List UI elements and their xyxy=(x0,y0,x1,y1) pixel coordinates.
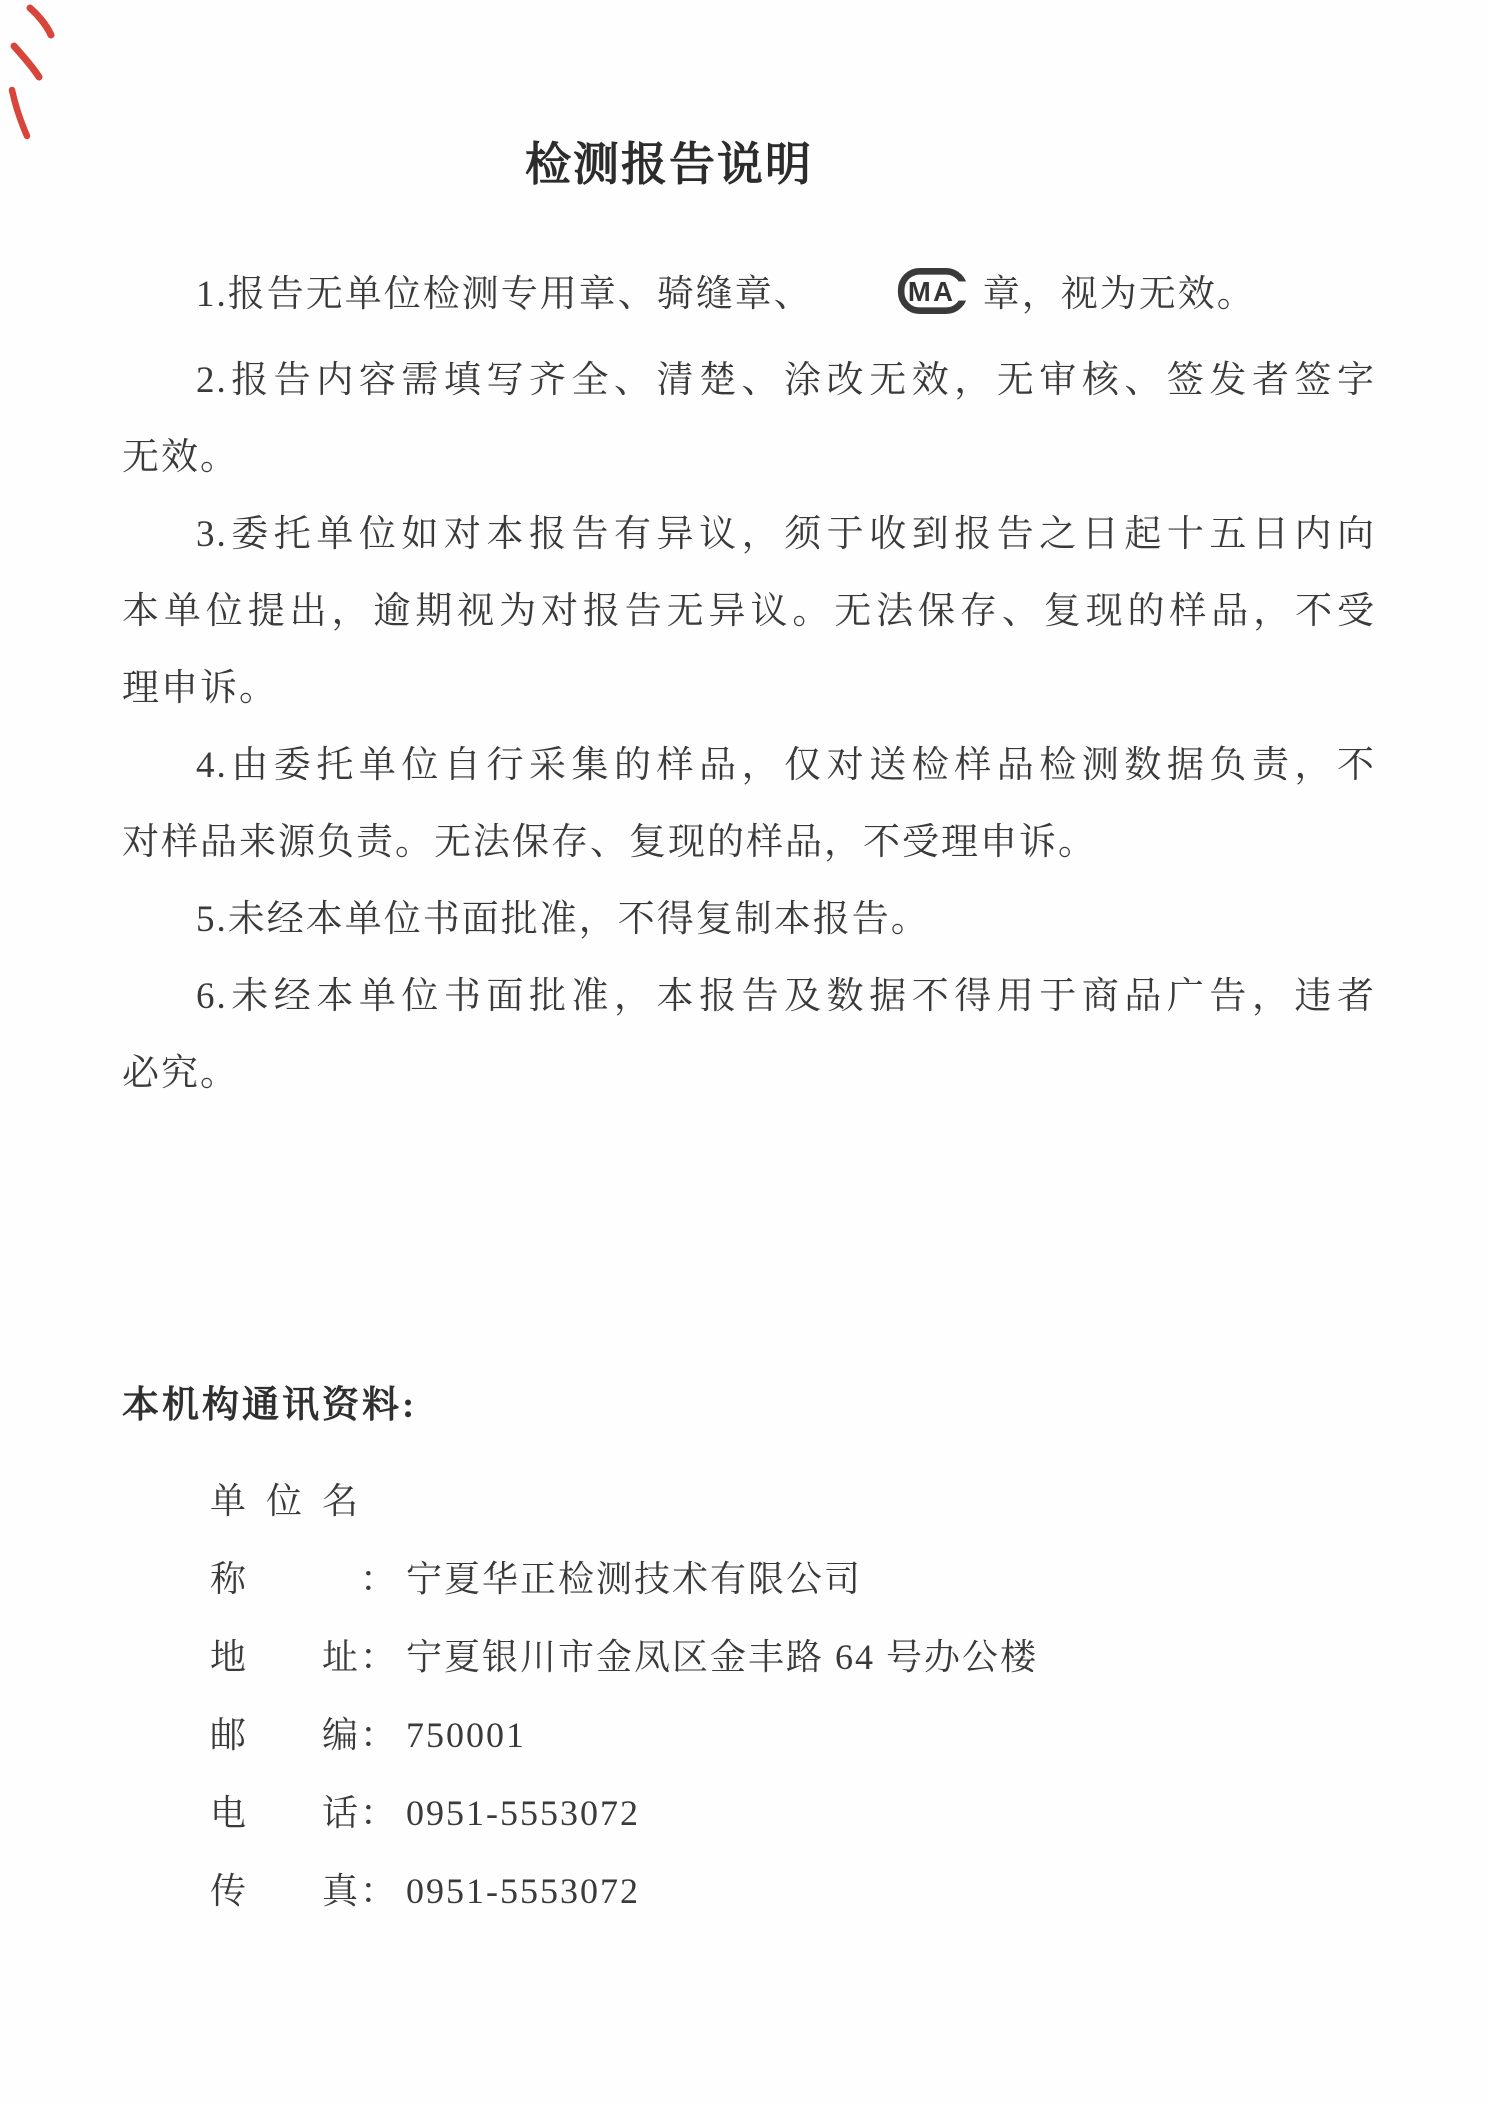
note-3-line-3: 理申诉。 xyxy=(122,650,1376,727)
contact-label: 传真 xyxy=(210,1852,360,1930)
notes-section: 1.报告无单位检测专用章、骑缝章、 MA 章，视为无效。 2.报告内容需填写齐全… xyxy=(122,256,1376,1112)
document-page: 检测报告说明 1.报告无单位检测专用章、骑缝章、 MA 章，视为无效。 2.报告… xyxy=(0,0,1488,2106)
contact-section: 本机构通讯资料: 单位名称：宁夏华正检测技术有限公司地址：宁夏银川市金凤区金丰路… xyxy=(122,1384,1376,1930)
contact-value: 750001 xyxy=(406,1715,526,1755)
contact-label: 地址 xyxy=(210,1618,360,1696)
contact-value: 宁夏银川市金凤区金丰路 64 号办公楼 xyxy=(406,1637,1038,1677)
note-1-text-after-mark: 章，视为无效。 xyxy=(983,274,1256,315)
contact-rows: 单位名称：宁夏华正检测技术有限公司地址：宁夏银川市金凤区金丰路 64 号办公楼邮… xyxy=(210,1462,1376,1930)
contact-colon: ： xyxy=(360,1871,398,1911)
red-pen-stroke xyxy=(14,46,39,77)
contact-colon: ： xyxy=(360,1559,398,1599)
contact-row-2: 地址：宁夏银川市金凤区金丰路 64 号办公楼 xyxy=(210,1618,1376,1696)
contact-row-5: 传真：0951-5553072 xyxy=(210,1852,1376,1930)
red-pen-stroke xyxy=(30,8,51,35)
cma-mark-icon: MA xyxy=(823,265,971,342)
note-2-line-1: 2.报告内容需填写齐全、清楚、涂改无效，无审核、签发者签字 xyxy=(122,342,1376,419)
contact-value: 0951-5553072 xyxy=(406,1793,640,1833)
page-title: 检测报告说明 xyxy=(122,128,1216,194)
document-content: 检测报告说明 1.报告无单位检测专用章、骑缝章、 MA 章，视为无效。 2.报告… xyxy=(0,128,1488,1930)
contact-value: 宁夏华正检测技术有限公司 xyxy=(406,1559,862,1599)
note-1-line-1: 1.报告无单位检测专用章、骑缝章、 MA 章，视为无效。 xyxy=(122,256,1376,342)
red-pen-stroke xyxy=(12,90,27,136)
contact-colon: ： xyxy=(360,1715,398,1755)
contact-label: 邮编 xyxy=(210,1696,360,1774)
note-3-line-2: 本单位提出，逾期视为对报告无异议。无法保存、复现的样品，不受 xyxy=(122,573,1376,650)
contact-row-3: 邮编：750001 xyxy=(210,1696,1376,1774)
note-1-text-before-mark: 1.报告无单位检测专用章、骑缝章、 xyxy=(196,274,813,315)
contact-heading: 本机构通讯资料: xyxy=(122,1384,1376,1428)
note-5-line-1: 5.未经本单位书面批准，不得复制本报告。 xyxy=(122,881,1376,958)
contact-row-1: 单位名称：宁夏华正检测技术有限公司 xyxy=(210,1462,1376,1618)
notes-paragraphs: 2.报告内容需填写齐全、清楚、涂改无效，无审核、签发者签字无效。3.委托单位如对… xyxy=(122,342,1376,1112)
contact-label: 单位名称 xyxy=(210,1462,360,1618)
contact-label: 电话 xyxy=(210,1774,360,1852)
note-4-line-2: 对样品来源负责。无法保存、复现的样品，不受理申诉。 xyxy=(122,804,1376,881)
note-6-line-2: 必究。 xyxy=(122,1035,1376,1112)
contact-colon: ： xyxy=(360,1637,398,1677)
contact-row-4: 电话：0951-5553072 xyxy=(210,1774,1376,1852)
note-6-line-1: 6.未经本单位书面批准，本报告及数据不得用于商品广告，违者 xyxy=(122,958,1376,1035)
contact-value: 0951-5553072 xyxy=(406,1871,640,1911)
red-pen-marks xyxy=(2,2,72,152)
contact-colon: ： xyxy=(360,1793,398,1833)
note-3-line-1: 3.委托单位如对本报告有异议，须于收到报告之日起十五日内向 xyxy=(122,496,1376,573)
note-4-line-1: 4.由委托单位自行采集的样品，仅对送检样品检测数据负责，不 xyxy=(122,727,1376,804)
cma-mark-letters: MA xyxy=(908,276,955,307)
note-2-line-2: 无效。 xyxy=(122,419,1376,496)
